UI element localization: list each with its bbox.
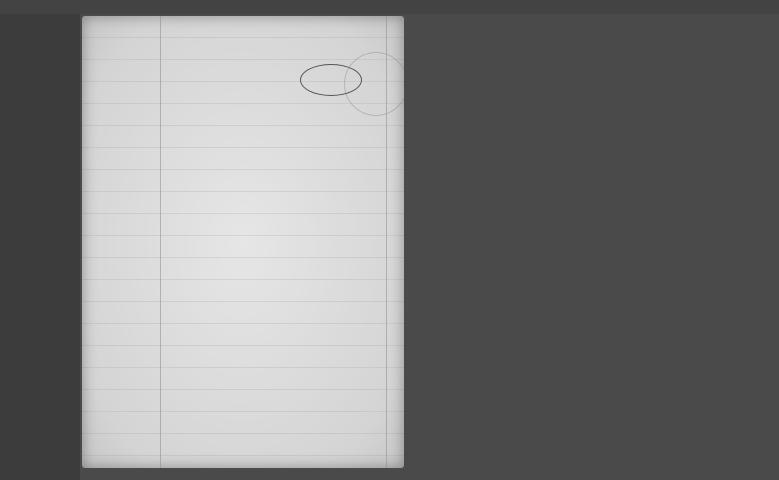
left-page xyxy=(82,16,404,468)
margin-rule xyxy=(160,16,161,468)
ghost-stamp xyxy=(344,52,404,116)
scan-background-left xyxy=(0,0,80,480)
scan-background-top xyxy=(0,0,779,14)
